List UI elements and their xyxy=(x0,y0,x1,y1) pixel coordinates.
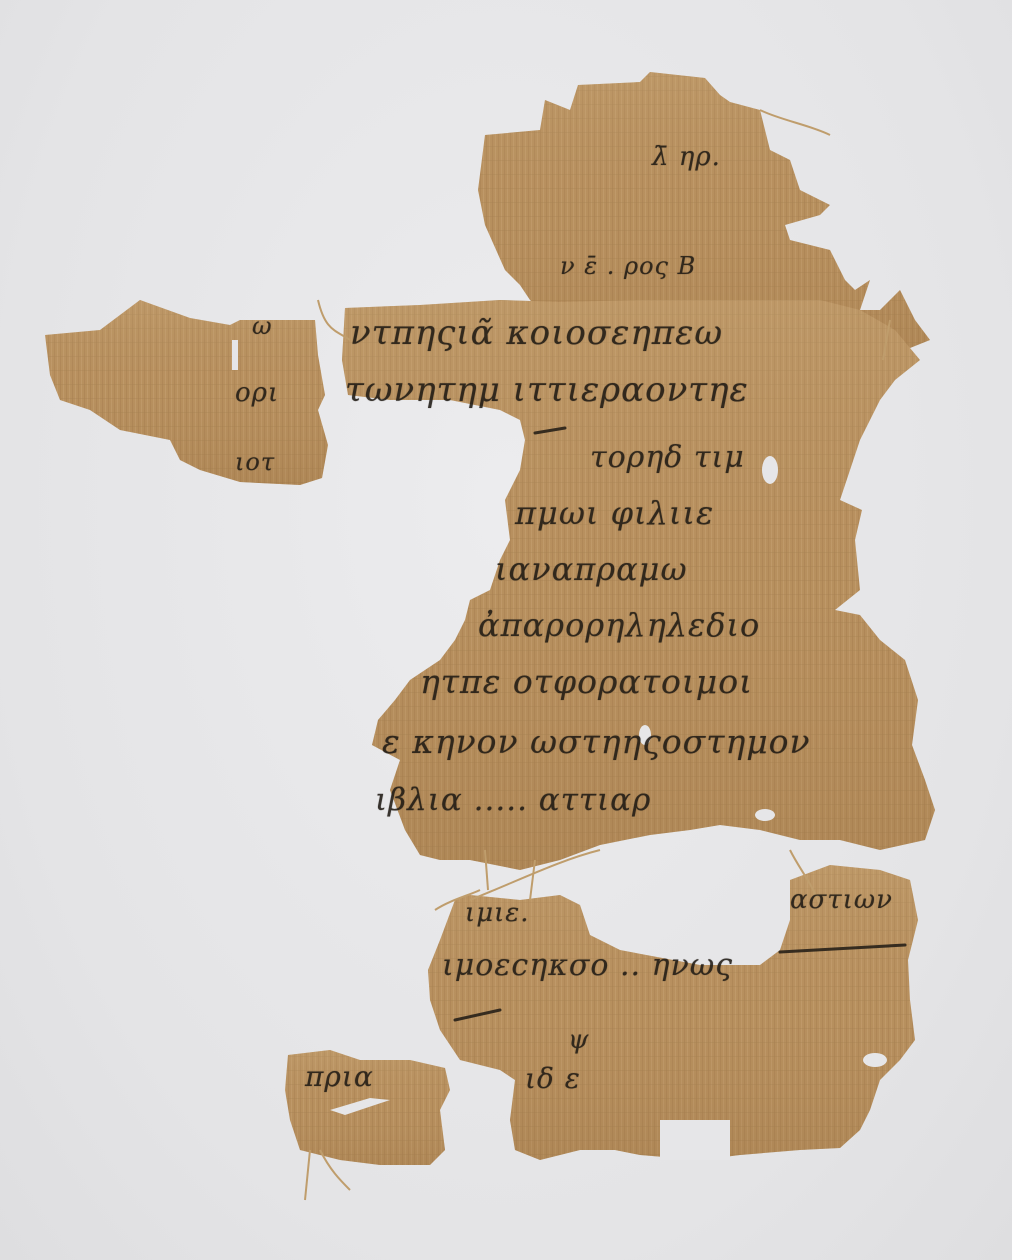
photo-stage: λ̄ ηρ. ν ε̄ . ρος Β ω ορι ιοτ ντπηςιᾶ κο… xyxy=(0,0,1012,1260)
ink-strokes xyxy=(0,0,1012,1260)
paragraphos-mark xyxy=(455,1010,500,1020)
dash-mark xyxy=(780,945,905,952)
paragraphos-mark xyxy=(535,428,565,433)
